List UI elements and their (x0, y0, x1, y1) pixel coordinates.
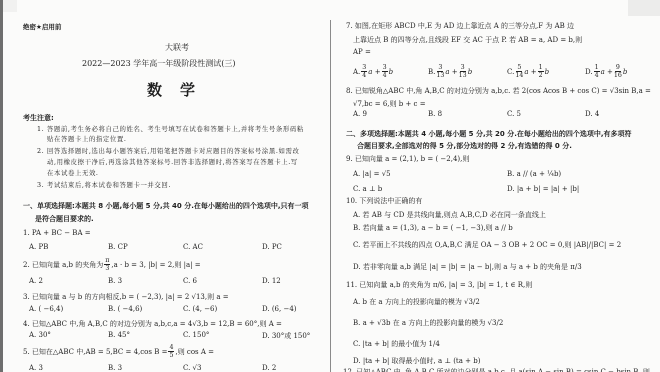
option-a: A. |a| = √5 (353, 170, 391, 178)
notice-line: 1. 答题前,考生务必将自己的姓名、考生号填写在试卷和答题卡上,并将考生号条形码… (37, 124, 304, 133)
exam-title: 2022—2023 学年高一年级阶段性测试(三) (82, 58, 236, 69)
secret-label: 绝密★启用前 (23, 22, 61, 31)
question-11: 11. 已知向量 a,b 的夹角为 π/6, |a| = 3, |b| = 1,… (346, 280, 532, 290)
fraction: 14 (594, 64, 600, 79)
option-d: D. |a + b| = |a| + |b| (507, 185, 579, 193)
option-c: C. 5 (507, 110, 521, 118)
option-b: B. 313a + 313b (428, 64, 472, 79)
question-1: 1. PA + BC − BA = (23, 229, 91, 237)
fraction: 45 (168, 344, 174, 359)
section1-heading-cont: 是符合题目要求的. (35, 214, 94, 224)
option-b: B. a + √3b 在 a 方向上的投影向量的模为 √3/2 (353, 318, 503, 328)
option-c: C. 若平面上不共线的四点 O,A,B,C 满足 OA − 3 OB + 2 O… (353, 240, 621, 250)
question-stem-cont: ,则 cos A = (175, 347, 214, 357)
subject-title: 数学 (147, 79, 213, 100)
question-10: 10. 下列说法中正确的有 (346, 196, 422, 206)
question-8: 8. 已知锐角△ABC 中,角 A,B,C 的对边分别为 a,b,c. 若 2(… (346, 86, 651, 96)
fraction: π3 (104, 257, 110, 272)
question-7: 7. 如图,在矩形 ABCD 中,E 为 AD 边上靠近点 A 的三等分点,F … (346, 21, 574, 31)
exam-org: 大联考 (165, 42, 189, 53)
fraction: 12 (538, 64, 544, 79)
left-column: 绝密★启用前 大联考 2022—2023 学年高一年级阶段性测试(三) 数学 考… (0, 0, 330, 372)
option-b: B. 3 (108, 277, 122, 285)
notice-line: 动,用橡皮擦干净后,再选涂其他答案标号.回答非选择题时,将答案写在答题卡上.写 (47, 157, 298, 166)
option-b: B. CP (108, 243, 128, 251)
option-c: C. 150° (183, 331, 209, 339)
option-a: A. 3 (29, 364, 43, 372)
question-9: 9. 已知向量 a = (2,1), b = ( −2,4),则 (346, 154, 469, 164)
question-3: 3. 已知向量 a 与 b 的方向相反,b = ( −2,3), |a| = 2… (23, 292, 229, 302)
option-a: A. b 在 a 方向上的投影向量的模为 √3/2 (353, 297, 480, 307)
question-stem-cont: ,a · b = 3, |b| = 2,则 |a| = (111, 260, 200, 270)
question-7-cont: AP = (353, 48, 371, 56)
option-a: A. 30° (29, 331, 51, 339)
section1-heading: 一、单项选择题:本题共 8 小题,每小题 5 分,共 40 分.在每小题给出的四… (23, 201, 309, 211)
option-a: A. 若 AB 与 CD 是共线向量,则点 A,B,C,D 必在同一条直线上 (353, 210, 546, 220)
question-stem: 已知向量 a 与 b 的方向相反,b = ( −2,3), |a| = 2 √1… (32, 293, 229, 301)
section2-heading: 二、多项选择题:本题共 4 小题,每小题 5 分,共 20 分.在每小题给出的四… (346, 129, 632, 139)
option-c: C. √3 (183, 364, 201, 372)
option-d: D. PC (262, 243, 282, 251)
option-d: D. 4 (585, 110, 599, 118)
right-column: 7. 如图,在矩形 ABCD 中,E 为 AD 边上靠近点 A 的三等分点,F … (331, 0, 660, 372)
option-a: A. 34a + 34b (353, 64, 393, 79)
notice-title: 考生注意: (23, 113, 54, 123)
question-stem: 已知△ABC 中,角 A,B,C 的对边分别为 a,b,c,a = 4√3,b … (32, 320, 282, 328)
option-d: D. 若非零向量 a,b 满足 |a| = |b| = |a − b|,则 a … (353, 262, 582, 272)
option-b: B. 若向量 a = (1,3), a − b = ( −1, −3),则 a … (353, 223, 513, 233)
option-d: D. 14a + 916b (585, 64, 627, 79)
question-number: 2. (23, 261, 30, 269)
question-number: 1. (23, 229, 30, 237)
fraction: 34 (361, 64, 367, 79)
option-b: B. 3 (108, 364, 122, 372)
option-b: B. 45° (108, 331, 130, 339)
question-number: 5. (23, 348, 30, 356)
option-c: C. |ta + b| 的最小值为 1/4 (353, 339, 440, 349)
fraction: 313 (436, 64, 444, 79)
fraction: 514 (515, 64, 523, 79)
option-b: B. ( −4,6) (108, 305, 142, 313)
question-5: 5. 已知在△ABC 中,AB = 5,BC = 4,cos B = 45 ,则… (23, 344, 214, 359)
question-7-cont: 上靠近点 B 的四等分点,且线段 EF 交 AC 于点 P. 若 AB = a,… (353, 35, 582, 45)
notice-line: 贴在答题卡上的指定位置. (47, 134, 127, 143)
question-number: 3. (23, 293, 30, 301)
notice-line: 在本试卷上无效. (47, 168, 99, 177)
option-b: B. 8 (428, 110, 442, 118)
question-12: 12. 已知△ABC 中, 角 A,B,C 所对的边分别是 a,b,c, 且 a… (343, 367, 650, 372)
option-d: D. 30°或 150° (262, 331, 310, 341)
question-number: 4. (23, 320, 30, 328)
option-c: C. a ⊥ b (353, 185, 382, 193)
question-stem: 已知向量 a,b 的夹角为 (32, 260, 103, 270)
option-a: A. PB (29, 243, 48, 251)
notice-line: 2. 回答选择题时,选出每小题答案后,用铅笔把答题卡对应题目的答案标号涂黑.如需… (37, 146, 300, 155)
option-b: B. a // (a + ¼b) (507, 170, 561, 178)
question-2: 2. 已知向量 a,b 的夹角为 π3 ,a · b = 3, |b| = 2,… (23, 257, 201, 272)
option-d: D. 12 (262, 277, 281, 285)
question-stem: PA + BC − BA = (32, 229, 91, 237)
option-a: A. 9 (353, 110, 367, 118)
option-a: A. ( −6,4) (29, 305, 63, 313)
option-c: C. (4, −6) (183, 305, 217, 313)
option-a: A. 2 (29, 277, 43, 285)
question-4: 4. 已知△ABC 中,角 A,B,C 的对边分别为 a,b,c,a = 4√3… (23, 319, 282, 329)
question-stem: 已知在△ABC 中,AB = 5,BC = 4,cos B = (32, 347, 168, 357)
option-d: D. 2 (262, 364, 276, 372)
fraction: 313 (459, 64, 467, 79)
question-8-cont: √7,bc = 6,则 b + c = (353, 99, 426, 109)
notice-line: 3. 考试结束后,将本试卷和答题卡一并交回. (37, 180, 171, 189)
section2-heading-cont: 合题目要求,全部选对的得 5 分,部分选对的得 2 分,有选错的得 0 分. (357, 141, 572, 151)
option-c: C. 6 (183, 277, 197, 285)
option-d: D. (6, −4) (262, 305, 297, 313)
option-c: C. AC (183, 243, 203, 251)
option-c: C. 514a + 12b (507, 64, 549, 79)
fraction: 916 (614, 64, 622, 79)
option-d: D. |ta + b| 取得最小值时, a ⊥ (ta + b) (353, 356, 480, 366)
fraction: 34 (382, 64, 388, 79)
